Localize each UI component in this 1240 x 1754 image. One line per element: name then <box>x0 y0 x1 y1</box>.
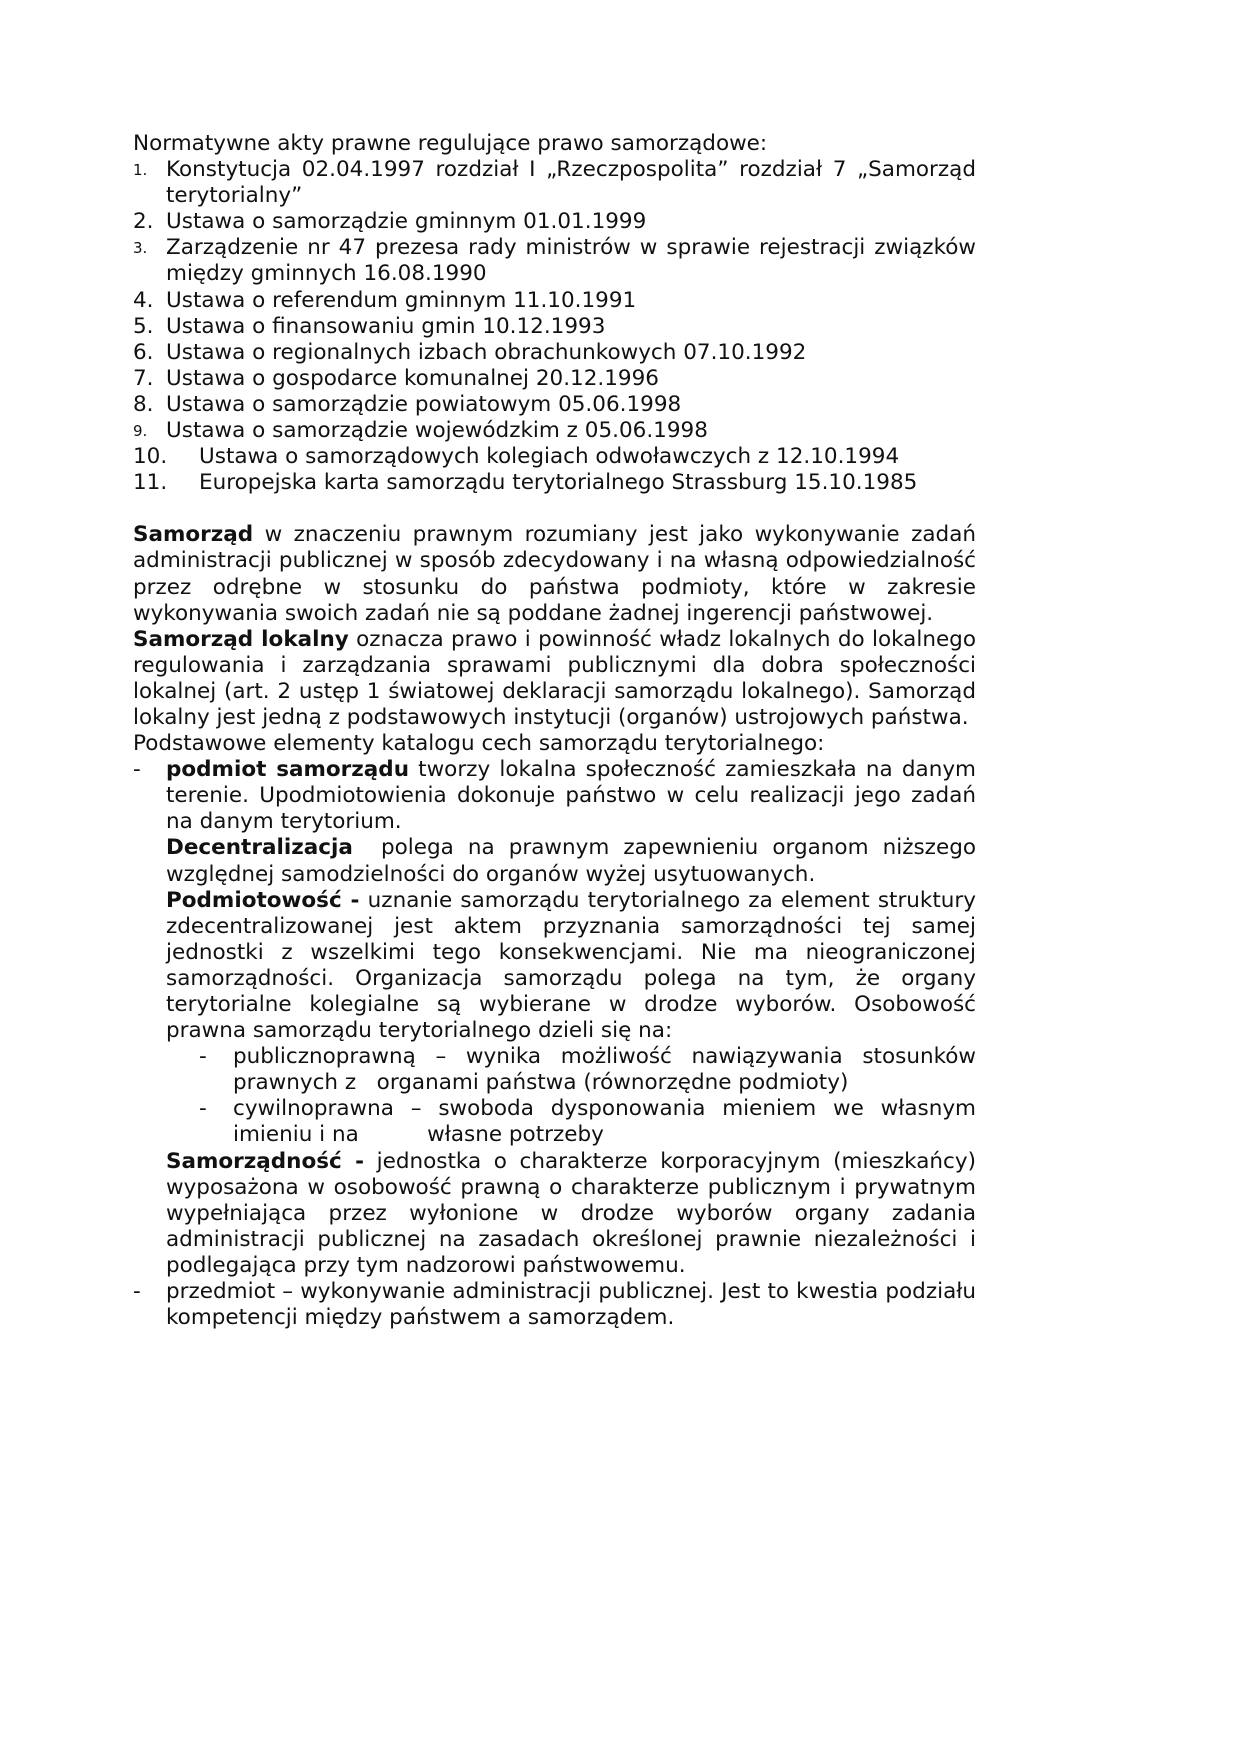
list-item: 11.Europejska karta samorządu terytorial… <box>133 470 976 496</box>
list-text: Ustawa o finansowaniu gmin 10.12.1993 <box>166 314 605 339</box>
list-item: 8.Ustawa o samorządzie powiatowym 05.06.… <box>133 392 976 418</box>
acts-list: 1.Konstytucja 02.04.1997 rozdział I „Rze… <box>133 157 976 496</box>
list-item: 6.Ustawa o regionalnych izbach obrachunk… <box>133 340 976 366</box>
term: Samorząd lokalny <box>133 627 349 652</box>
list-item: 3.Zarządzenie nr 47 prezesa rady ministr… <box>133 235 976 287</box>
sub-item-text: publicznoprawną – wynika możliwość nawią… <box>233 1044 983 1095</box>
list-number: 10. <box>133 444 167 470</box>
list-number: 11. <box>133 470 167 496</box>
osobowosc-cywilnoprawna: -cywilnoprawna – swoboda dysponowania mi… <box>133 1096 976 1148</box>
list-number: 8. <box>133 392 154 418</box>
list-text: Zarządzenie nr 47 prezesa rady ministrów… <box>166 235 976 286</box>
list-item: 5.Ustawa o finansowaniu gmin 10.12.1993 <box>133 314 976 340</box>
list-text: Ustawa o samorządzie wojewódzkim z 05.06… <box>166 418 708 443</box>
list-text: Europejska karta samorządu terytorialneg… <box>199 470 917 495</box>
list-number: 3. <box>133 235 147 261</box>
list-item: 7.Ustawa o gospodarce komunalnej 20.12.1… <box>133 366 976 392</box>
samorzadnosc-item: Samorządność - jednostka o charakterze k… <box>133 1149 976 1279</box>
list-text: Ustawa o referendum gminnym 11.10.1991 <box>166 288 636 313</box>
list-number: 7. <box>133 366 154 392</box>
term: podmiot samorządu <box>166 757 409 782</box>
list-number: 9. <box>133 418 147 444</box>
term: Samorząd <box>133 522 253 547</box>
sub-item-text: cywilnoprawna – swoboda dysponowania mie… <box>233 1096 983 1147</box>
term: Samorządność - <box>166 1149 364 1174</box>
list-item: 1.Konstytucja 02.04.1997 rozdział I „Rze… <box>133 157 976 209</box>
dash-bullet: - <box>133 1279 141 1305</box>
list-text: Ustawa o gospodarce komunalnej 20.12.199… <box>166 366 659 391</box>
elements-intro: Podstawowe elementy katalogu cech samorz… <box>133 731 976 757</box>
definition-text: w znaczeniu prawnym rozumiany jest jako … <box>133 522 976 625</box>
podmiot-item: -podmiot samorządu tworzy lokalna społec… <box>133 757 976 835</box>
decentralizacja-item: Decentralizacja polega na prawnym zapewn… <box>133 835 976 887</box>
list-number: 1. <box>133 157 147 183</box>
list-text: Konstytucja 02.04.1997 rozdział I „Rzecz… <box>166 157 976 208</box>
osobowosc-publicznoprawna: -publicznoprawną – wynika możliwość nawi… <box>133 1044 976 1096</box>
dash-bullet: - <box>133 757 141 783</box>
list-item: 4.Ustawa o referendum gminnym 11.10.1991 <box>133 288 976 314</box>
acts-heading: Normatywne akty prawne regulujące prawo … <box>133 131 976 157</box>
podmiotowosc-item: Podmiotowość - uznanie samorządu terytor… <box>133 888 976 1045</box>
list-text: Ustawa o samorządzie gminnym 01.01.1999 <box>166 209 646 234</box>
list-number: 4. <box>133 288 154 314</box>
list-item: 9.Ustawa o samorządzie wojewódzkim z 05.… <box>133 418 976 444</box>
list-text: Ustawa o regionalnych izbach obrachunkow… <box>166 340 806 365</box>
term: Podmiotowość - <box>166 888 359 913</box>
list-item: 10.Ustawa o samorządowych kolegiach odwo… <box>133 444 976 470</box>
przedmiot-item: -przedmiot – wykonywanie administracji p… <box>133 1279 976 1331</box>
spacer <box>133 496 976 522</box>
dash-bullet: - <box>199 1044 207 1070</box>
document-page: Normatywne akty prawne regulujące prawo … <box>133 131 976 1331</box>
samorzad-definition: Samorząd w znaczeniu prawnym rozumiany j… <box>133 522 976 626</box>
list-number: 2. <box>133 209 154 235</box>
list-text: Ustawa o samorządzie powiatowym 05.06.19… <box>166 392 681 417</box>
list-number: 6. <box>133 340 154 366</box>
samorzad-lokalny-definition: Samorząd lokalny oznacza prawo i powinno… <box>133 627 976 731</box>
definition-text: przedmiot – wykonywanie administracji pu… <box>166 1279 976 1330</box>
list-text: Ustawa o samorządowych kolegiach odwoław… <box>199 444 899 469</box>
term: Decentralizacja <box>166 835 353 860</box>
list-number: 5. <box>133 314 154 340</box>
dash-bullet: - <box>199 1096 207 1122</box>
list-item: 2.Ustawa o samorządzie gminnym 01.01.199… <box>133 209 976 235</box>
